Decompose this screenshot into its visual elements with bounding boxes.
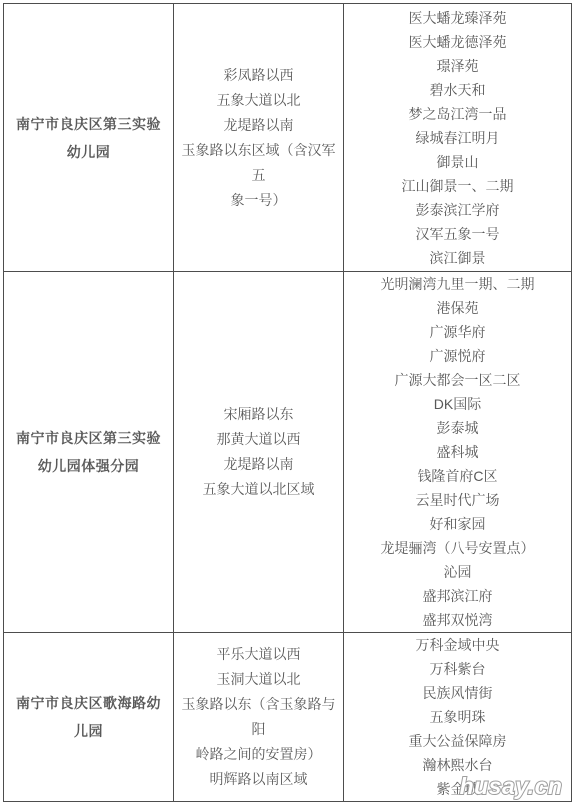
estate-name: 万科紫台 — [345, 657, 570, 681]
boundary-area-cell: 彩凤路以西五象大道以北龙堤路以南玉象路以东区域（含汉军五 象一号） — [174, 4, 344, 272]
estate-name: 汉军五象一号 — [345, 222, 570, 246]
boundary-area-cell: 宋厢路以东那黄大道以西龙堤路以南五象大道以北区域 — [174, 272, 344, 633]
estate-name: 盛邦滨江府 — [345, 584, 570, 608]
estate-name: 民族风情街 — [345, 681, 570, 705]
boundary-line: 玉洞大道以北 — [175, 667, 342, 692]
estate-name: 彭泰城 — [345, 416, 570, 440]
table-row: 南宁市良庆区歌海路幼 儿园 平乐大道以西玉洞大道以北玉象路以东（含玉象路与阳 岭… — [4, 633, 572, 802]
boundary-line: 宋厢路以东 — [175, 402, 342, 427]
estate-name: 云星时代广场 — [345, 488, 570, 512]
boundary-area-cell: 平乐大道以西玉洞大道以北玉象路以东（含玉象路与阳 岭路之间的安置房）明辉路以南区… — [174, 633, 344, 802]
school-name-cell: 南宁市良庆区歌海路幼 儿园 — [4, 633, 174, 802]
boundary-line: 明辉路以南区域 — [175, 767, 342, 792]
estate-name: DK国际 — [345, 392, 570, 416]
estate-list-cell: 医大蟠龙臻泽苑医大蟠龙德泽苑璟泽苑碧水天和梦之岛江湾一品绿城春江明月御景山江山御… — [344, 4, 572, 272]
estate-name: 紫金城 — [345, 777, 570, 801]
estate-name: 广源华府 — [345, 320, 570, 344]
estate-name: 瀚林熙水台 — [345, 753, 570, 777]
estate-name: 绿城春江明月 — [345, 126, 570, 150]
estate-name: 龙堤骊湾（八号安置点） — [345, 536, 570, 560]
boundary-line: 龙堤路以南 — [175, 452, 342, 477]
estate-name: 彭泰滨江学府 — [345, 198, 570, 222]
table-row: 南宁市良庆区第三实验 幼儿园 彩凤路以西五象大道以北龙堤路以南玉象路以东区域（含… — [4, 4, 572, 272]
estate-name: 广源大都会一区二区 — [345, 368, 570, 392]
estate-name: 碧水天和 — [345, 78, 570, 102]
estate-name: 璟泽苑 — [345, 54, 570, 78]
estate-name: 好和家园 — [345, 512, 570, 536]
table-row: 南宁市良庆区第三实验 幼儿园体强分园 宋厢路以东那黄大道以西龙堤路以南五象大道以… — [4, 272, 572, 633]
boundary-line: 龙堤路以南 — [175, 113, 342, 138]
estate-name: 江山御景一、二期 — [345, 174, 570, 198]
estate-name: 盛科城 — [345, 440, 570, 464]
boundary-line: 五象大道以北区域 — [175, 477, 342, 502]
estate-name: 港保苑 — [345, 296, 570, 320]
boundary-line: 那黄大道以西 — [175, 427, 342, 452]
estate-name: 医大蟠龙臻泽苑 — [345, 6, 570, 30]
boundary-line: 彩凤路以西 — [175, 63, 342, 88]
school-name-cell: 南宁市良庆区第三实验 幼儿园 — [4, 4, 174, 272]
boundary-line: 玉象路以东区域（含汉军五 象一号） — [175, 138, 342, 213]
estate-list-cell: 万科金域中央万科紫台民族风情街五象明珠重大公益保障房瀚林熙水台紫金城 — [344, 633, 572, 802]
boundary-line: 五象大道以北 — [175, 88, 342, 113]
estate-name: 医大蟠龙德泽苑 — [345, 30, 570, 54]
estate-list-cell: 光明澜湾九里一期、二期港保苑广源华府广源悦府广源大都会一区二区DK国际彭泰城盛科… — [344, 272, 572, 633]
kindergarten-zoning-page: 南宁市良庆区第三实验 幼儿园 彩凤路以西五象大道以北龙堤路以南玉象路以东区域（含… — [0, 0, 574, 803]
estate-name: 梦之岛江湾一品 — [345, 102, 570, 126]
estate-name: 御景山 — [345, 150, 570, 174]
boundary-line: 玉象路以东（含玉象路与阳 岭路之间的安置房） — [175, 692, 342, 767]
school-name-cell: 南宁市良庆区第三实验 幼儿园体强分园 — [4, 272, 174, 633]
estate-name: 重大公益保障房 — [345, 729, 570, 753]
estate-name: 滨江御景 — [345, 246, 570, 270]
estate-name: 广源悦府 — [345, 344, 570, 368]
zoning-table: 南宁市良庆区第三实验 幼儿园 彩凤路以西五象大道以北龙堤路以南玉象路以东区域（含… — [3, 3, 572, 802]
estate-name: 盛邦双悦湾 — [345, 608, 570, 632]
estate-name: 五象明珠 — [345, 705, 570, 729]
boundary-line: 平乐大道以西 — [175, 642, 342, 667]
estate-name: 万科金域中央 — [345, 633, 570, 657]
estate-name: 钱隆首府C区 — [345, 464, 570, 488]
zoning-table-body: 南宁市良庆区第三实验 幼儿园 彩凤路以西五象大道以北龙堤路以南玉象路以东区域（含… — [4, 4, 572, 802]
estate-name: 光明澜湾九里一期、二期 — [345, 272, 570, 296]
estate-name: 沁园 — [345, 560, 570, 584]
